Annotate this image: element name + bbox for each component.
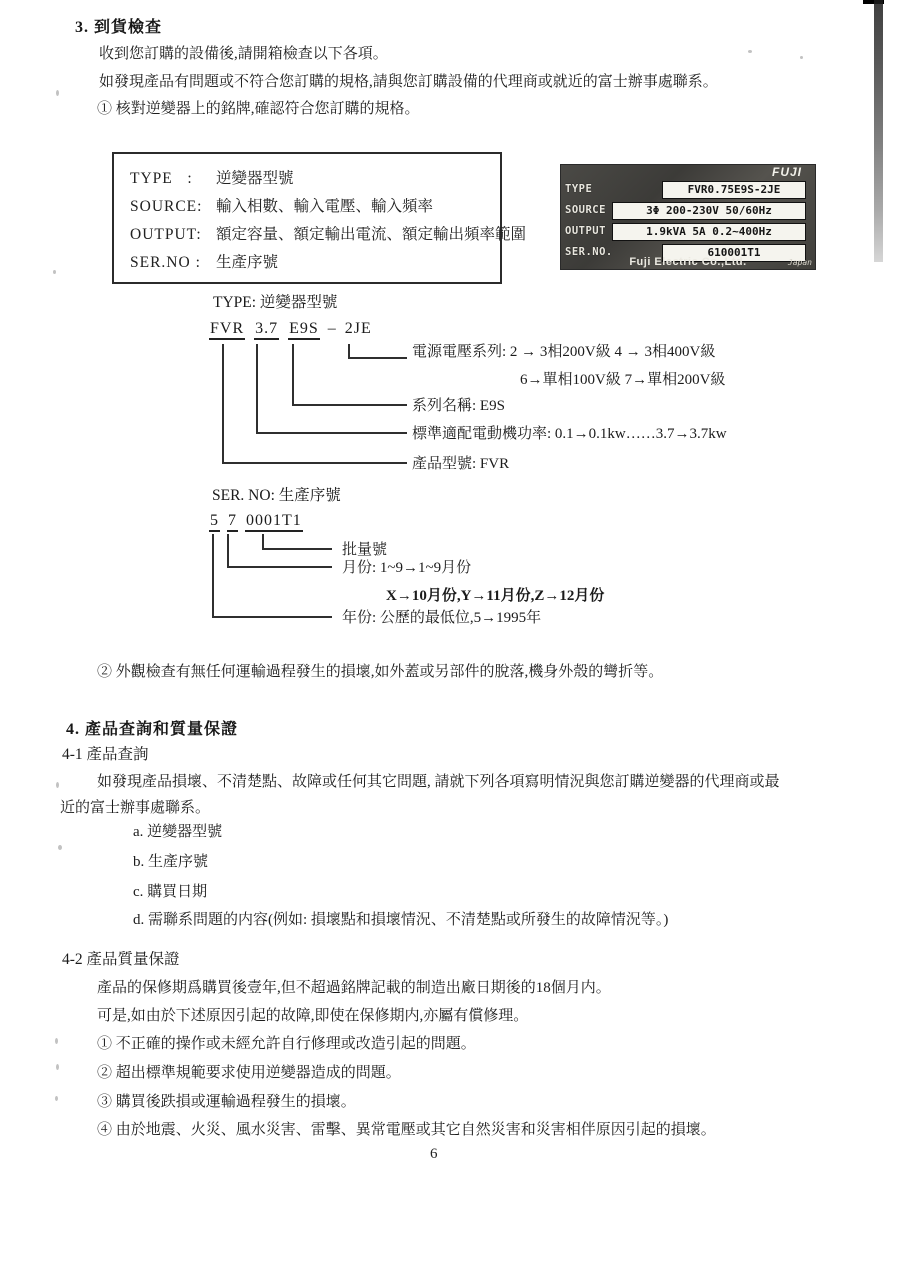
nameplate-footer: Fuji Electric Co.,Ltd. [560,256,816,268]
section3-heading: 3. 到貨檢查 [75,14,162,37]
nameplate-value: FVR0.75E9S-2JE [662,181,806,199]
section4-2-item-2: ② 超出標準規範要求使用逆變器造成的問題。 [97,1063,401,1083]
type-code-part-power: 3.7 [254,320,279,340]
legend-label: TYPE : [130,170,216,188]
legend-text: 輸入相數、輸入電壓、輸入頻率 [216,198,433,215]
type-code-part-voltage: 2JE [345,320,372,337]
connector-year [212,534,332,618]
section4-1-para-line2: 近的富士辦事處聯系。 [60,798,210,818]
type-diagram-title: TYPE: 逆變器型號 [213,293,337,313]
legend-text: 逆變器型號 [216,170,294,187]
nameplate-label: OUTPUT [565,225,606,237]
scan-speck [53,270,56,274]
legend-text: 額定容量、額定輸出電流、額定輸出頻率範圍 [216,226,526,243]
type-code-dash: – [328,320,337,337]
type-code-part-series: E9S [288,320,320,340]
legend-row-serno: SER.NO :生產序號 [130,250,500,278]
nameplate-label: SOURCE [565,204,606,216]
fuji-logo: FUJI [772,165,802,179]
serial-annotation-year: 年份: 公歷的最低位,5→1995年 [342,606,541,627]
nameplate-footer-country: Japan [788,258,812,267]
nameplate-legend-box: TYPE :逆變器型號 SOURCE:輸入相數、輸入電壓、輸入頻率 OUTPUT… [112,152,502,284]
scan-speck [748,50,752,53]
section3-item1: ① 核對逆變器上的銘牌,確認符合您訂購的規格。 [97,99,420,119]
scan-speck [56,1064,59,1070]
scan-speck [56,90,59,96]
serial-code-year: 5 [209,512,220,532]
scan-speck [800,56,803,59]
serial-diagram-title: SER. NO: 生產序號 [212,486,341,506]
legend-row-type: TYPE :逆變器型號 [130,166,500,194]
legend-label: SER.NO : [130,254,216,272]
nameplate-row-output: OUTPUT 1.9kVA 5A 0.2~400Hz [560,222,816,242]
type-code: FVR3.7E9S–2JE [209,320,372,338]
nameplate-row-source: SOURCE 3Φ 200-230V 50/60Hz [560,201,816,221]
nameplate-label: TYPE [565,183,592,195]
serial-code: 570001T1 [209,512,303,530]
scan-speck [56,782,59,788]
document-page: 3. 到貨檢查 收到您訂購的設備後,請開箱檢查以下各項。 如發現產品有問題或不符… [0,0,900,1273]
serial-code-batch: 0001T1 [245,512,303,532]
scan-speck [58,845,62,850]
section4-1-item-b: b. 生產序號 [133,852,208,872]
type-annotation-product: 產品型號: FVR [412,452,509,473]
serial-code-month: 7 [227,512,238,532]
section4-2-item-3: ③ 購買後跌損或運輸過程發生的損壞。 [97,1092,356,1112]
type-annotation-series: 系列名稱: E9S [412,394,505,415]
section4-2-item-4: ④ 由於地震、火災、風水災害、雷擊、異常電壓或其它自然災害和災害相伴原因引起的損… [97,1120,716,1140]
type-annotation-power: 標準適配電動機功率: 0.1→0.1kw……3.7→3.7kw [412,422,727,443]
legend-label: SOURCE: [130,198,216,216]
type-annotation-voltage-2: 6→單相100V級 7→單相200V級 [520,368,725,389]
section4-1-item-d: d. 需聯系問題的内容(例如: 損壞點和損壞情況、不清楚點或所發生的故障情況等。… [133,910,668,930]
section4-2-para1: 產品的保修期爲購買後壹年,但不超過銘牌記載的制造出廠日期後的18個月内。 [97,978,611,998]
section4-heading: 4. 產品查詢和質量保證 [66,716,238,739]
section4-1-item-a: a. 逆變器型號 [133,822,222,842]
section4-1-item-c: c. 購買日期 [133,882,207,902]
section4-1-para-line1: 如發現產品損壞、不清楚點、故障或任何其它問題, 請就下列各項寫明情況與您訂購逆變… [97,772,780,792]
section4-2-para2: 可是,如由於下述原因引起的故障,即使在保修期内,亦屬有償修理。 [97,1006,528,1026]
page-number: 6 [430,1146,438,1163]
scan-edge-strip [874,0,883,262]
nameplate-value: 1.9kVA 5A 0.2~400Hz [612,223,806,241]
type-code-part-fvr: FVR [209,320,245,340]
scan-speck [55,1096,58,1101]
serial-annotation-month-1: 月份: 1~9→1~9月份 [342,556,471,577]
legend-row-source: SOURCE:輸入相數、輸入電壓、輸入頻率 [130,194,500,222]
connector-voltage [348,344,407,359]
serial-annotation-month-2: X→10月份,Y→11月份,Z→12月份 [386,584,604,605]
scan-speck [55,1038,58,1044]
section3-item2: ② 外觀檢查有無任何運輸過程發生的損壞,如外蓋或另部件的脫落,機身外殼的彎折等。 [97,662,663,682]
section4-1-heading: 4-1 產品查詢 [62,745,149,765]
legend-row-output: OUTPUT:額定容量、額定輸出電流、額定輸出頻率範圍 [130,222,500,250]
nameplate-row-type: TYPE FVR0.75E9S-2JE [560,180,816,200]
section3-para2: 如發現產品有問題或不符合您訂購的規格,請與您訂購設備的代理商或就近的富士辦事處聯… [99,72,718,92]
section4-2-item-1: ① 不正確的操作或未經允許自行修理或改造引起的問題。 [97,1034,476,1054]
legend-text: 生產序號 [216,254,278,271]
nameplate-value: 3Φ 200-230V 50/60Hz [612,202,806,220]
nameplate-image: FUJI TYPE FVR0.75E9S-2JE SOURCE 3Φ 200-2… [560,164,816,270]
section3-para1: 收到您訂購的設備後,請開箱檢查以下各項。 [99,44,388,64]
section4-2-heading: 4-2 產品質量保證 [62,950,180,970]
type-annotation-voltage-1: 電源電壓系列: 2 → 3相200V級 4 → 3相400V級 [412,340,715,361]
legend-label: OUTPUT: [130,226,216,244]
